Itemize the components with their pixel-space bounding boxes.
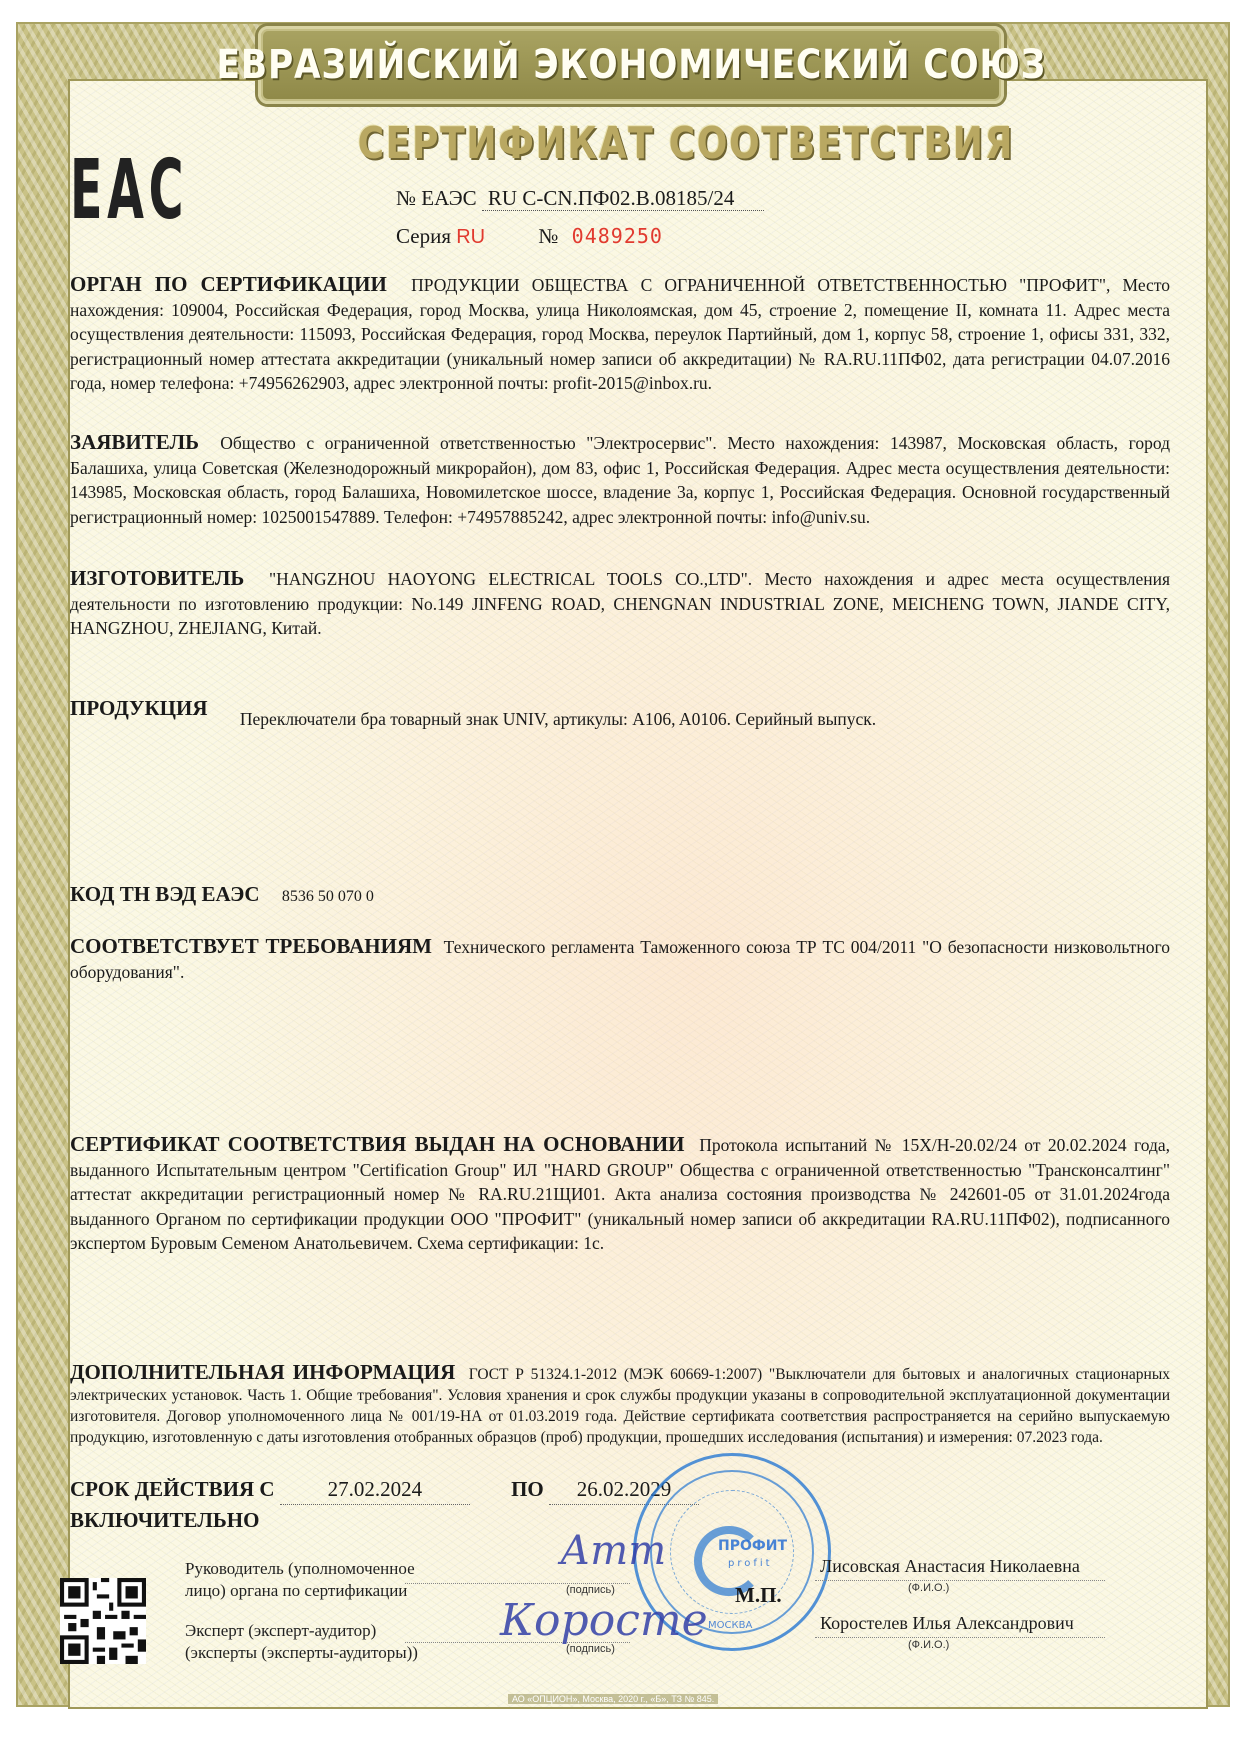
expert-role-line2: (эксперты (эксперты-аудиторы))	[185, 1642, 418, 1664]
section-text: 8536 50 070 0	[282, 888, 374, 905]
head-role-line2: лицо) органа по сертификации	[185, 1580, 415, 1602]
section-product: ПРОДУКЦИЯ Переключатели бра товарный зна…	[70, 696, 1170, 722]
validity-period: СРОК ДЕЙСТВИЯ С 27.02.2024 ПО 26.02.2029…	[70, 1474, 699, 1535]
section-label: ЗАЯВИТЕЛЬ	[70, 430, 199, 454]
section-text: Переключатели бра товарный знак UNIV, ар…	[240, 707, 876, 732]
expert-name: Коростелев Илья Александрович	[820, 1613, 1074, 1634]
eac-mark-icon: ЕАС	[70, 150, 188, 232]
head-role-line1: Руководитель (уполномоченное	[185, 1558, 415, 1580]
expert-name-line	[815, 1637, 1105, 1638]
registration-number: № ЕАЭС RU С-CN.ПФ02.В.08185/24	[396, 186, 764, 211]
head-name: Лисовская Анастасия Николаевна	[820, 1556, 1080, 1577]
qr-code-icon[interactable]	[60, 1578, 146, 1664]
validity-to-label: ПО	[511, 1477, 544, 1501]
union-banner: ЕВРАЗИЙСКИЙ ЭКОНОМИЧЕСКИЙ СОЮЗ	[258, 26, 1004, 104]
stamp-city: МОСКВА	[708, 1620, 752, 1631]
section-applicant: ЗАЯВИТЕЛЬ Общество с ограниченной ответс…	[70, 430, 1170, 529]
section-label: ДОПОЛНИТЕЛЬНАЯ ИНФОРМАЦИЯ	[70, 1360, 455, 1384]
series-value: RU	[456, 226, 485, 248]
printer-imprint: АО «ОПЦИОН», Москва, 2020 г., «Б», ТЗ № …	[508, 1694, 718, 1704]
document-title: СЕРТИФИКАТ СООТВЕТСТВИЯ	[358, 118, 883, 169]
section-hs-code: КОД ТН ВЭД ЕАЭС 8536 50 070 0	[70, 882, 1170, 910]
section-label: ИЗГОТОВИТЕЛЬ	[70, 566, 244, 590]
section-label: ПРОДУКЦИЯ	[70, 696, 208, 720]
section-label: ОРГАН ПО СЕРТИФИКАЦИИ	[70, 272, 387, 296]
head-role: Руководитель (уполномоченное лицо) орган…	[185, 1558, 415, 1602]
stamp-sub-text: profit	[728, 1558, 773, 1569]
section-requirements: СООТВЕТСТВУЕТ ТРЕБОВАНИЯМ Технического р…	[70, 934, 1170, 984]
series-number: Серия RU № 0489250	[396, 224, 663, 249]
stamp-center-text: ПРОФИТ	[718, 1538, 787, 1554]
validity-inclusive-label: ВКЛЮЧИТЕЛЬНО	[70, 1508, 259, 1532]
section-manufacturer: ИЗГОТОВИТЕЛЬ "HANGZHOU HAOYONG ELECTRICA…	[70, 566, 1170, 641]
number-value: 0489250	[572, 224, 663, 248]
validity-from-date: 27.02.2024	[280, 1474, 470, 1505]
section-certification-body: ОРГАН ПО СЕРТИФИКАЦИИ ПРОДУКЦИИ ОБЩЕСТВА…	[70, 272, 1170, 396]
head-signature: Атт	[560, 1528, 666, 1574]
section-label: КОД ТН ВЭД ЕАЭС	[70, 882, 260, 906]
name-caption: (Ф.И.О.)	[908, 1582, 949, 1594]
seal-label: М.П.	[735, 1583, 782, 1608]
registration-label: № ЕАЭС	[396, 186, 477, 210]
registration-value: RU С-CN.ПФ02.В.08185/24	[482, 186, 764, 211]
section-additional-info: ДОПОЛНИТЕЛЬНАЯ ИНФОРМАЦИЯ ГОСТ Р 51324.1…	[70, 1362, 1170, 1448]
expert-role: Эксперт (эксперт-аудитор) (эксперты (экс…	[185, 1620, 418, 1664]
number-label: №	[538, 224, 558, 248]
section-label: СЕРТИФИКАТ СООТВЕТСТВИЯ ВЫДАН НА ОСНОВАН…	[70, 1132, 684, 1156]
head-name-line	[815, 1580, 1105, 1581]
union-title: ЕВРАЗИЙСКИЙ ЭКОНОМИЧЕСКИЙ СОЮЗ	[216, 42, 1045, 88]
expert-role-line1: Эксперт (эксперт-аудитор)	[185, 1620, 418, 1642]
expert-signature: Коросте	[500, 1595, 708, 1646]
validity-from-label: СРОК ДЕЙСТВИЯ С	[70, 1477, 275, 1501]
section-basis: СЕРТИФИКАТ СООТВЕТСТВИЯ ВЫДАН НА ОСНОВАН…	[70, 1132, 1170, 1256]
name-caption: (Ф.И.О.)	[908, 1639, 949, 1651]
series-label: Серия	[396, 224, 451, 248]
section-text: Общество с ограниченной ответственностью…	[70, 433, 1170, 527]
section-label: СООТВЕТСТВУЕТ ТРЕБОВАНИЯМ	[70, 934, 432, 958]
